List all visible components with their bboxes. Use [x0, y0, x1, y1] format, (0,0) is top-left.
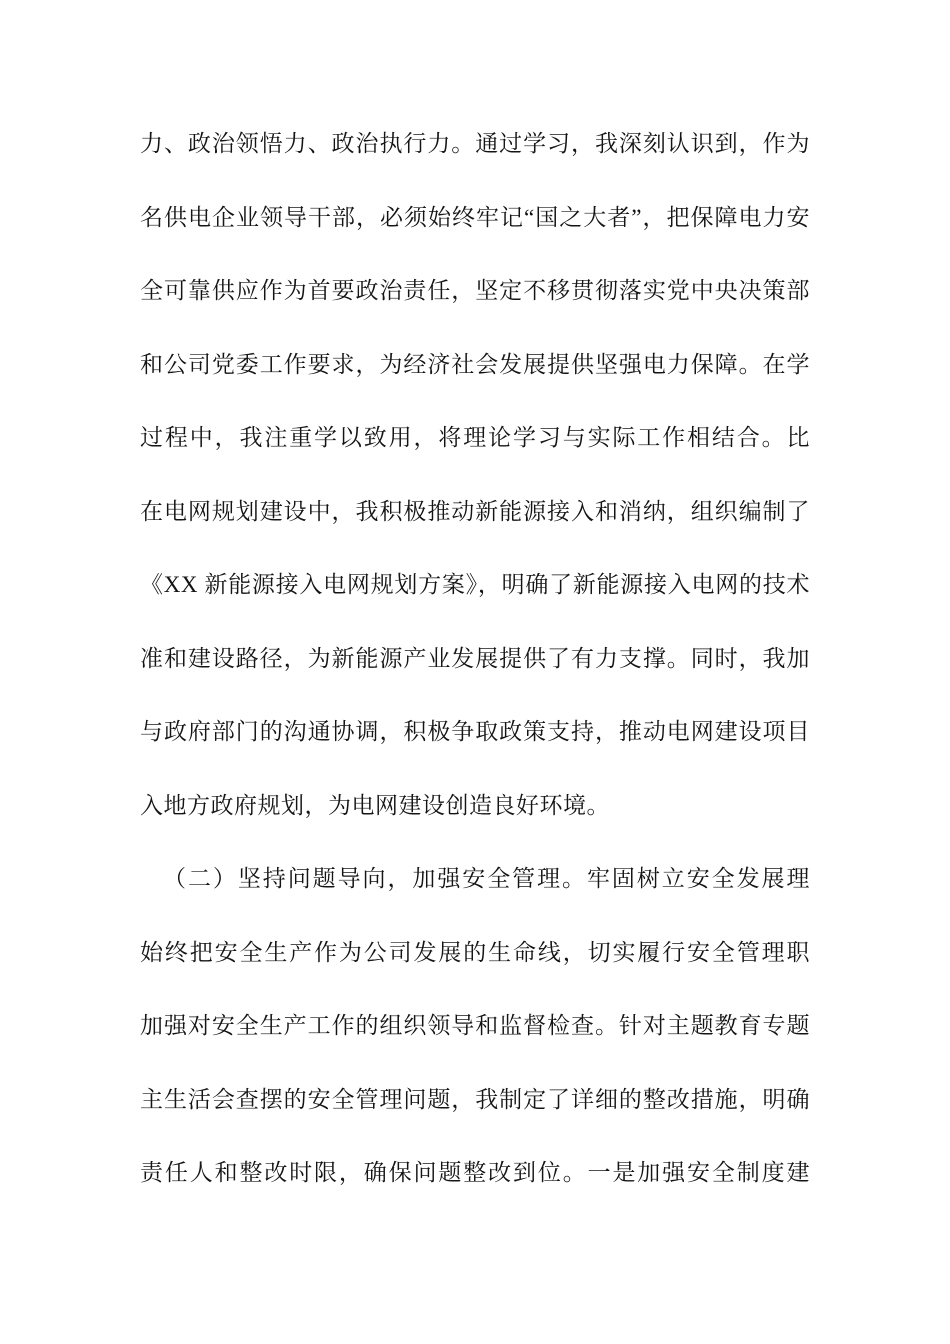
text-line: 全可靠供应作为首要政治责任，坚定不移贯彻落实党中央决策部署	[140, 254, 810, 328]
text-line: 加强对安全生产工作的组织领导和监督检查。针对主题教育专题民	[140, 989, 810, 1063]
text-line: 《XX 新能源接入电网规划方案》，明确了新能源接入电网的技术标	[140, 548, 810, 622]
text-line: 过程中，我注重学以致用，将理论学习与实际工作相结合。比如，	[140, 401, 810, 475]
text-line: 始终把安全生产作为公司发展的生命线，切实履行安全管理职责，	[140, 916, 810, 990]
text-line: 主生活会查摆的安全管理问题，我制定了详细的整改措施，明确了	[140, 1063, 810, 1137]
paragraph: （二）坚持问题导向，加强安全管理。牢固树立安全发展理念，始终把安全生产作为公司发…	[140, 842, 810, 1210]
text-line: 准和建设路径，为新能源产业发展提供了有力支撑。同时，我加强	[140, 622, 810, 696]
document-page: 力、政治领悟力、政治执行力。通过学习，我深刻认识到，作为一名供电企业领导干部，必…	[0, 0, 950, 1344]
text-line: 力、政治领悟力、政治执行力。通过学习，我深刻认识到，作为一	[140, 107, 810, 181]
text-line: 入地方政府规划，为电网建设创造良好环境。	[140, 769, 810, 843]
text-line: 在电网规划建设中，我积极推动新能源接入和消纳，组织编制了	[140, 475, 810, 549]
paragraph: 力、政治领悟力、政治执行力。通过学习，我深刻认识到，作为一名供电企业领导干部，必…	[140, 107, 810, 842]
text-line: 名供电企业领导干部，必须始终牢记“国之大者”，把保障电力安	[140, 181, 810, 255]
text-line: 与政府部门的沟通协调，积极争取政策支持，推动电网建设项目纳	[140, 695, 810, 769]
text-line: 和公司党委工作要求，为经济社会发展提供坚强电力保障。在学习	[140, 328, 810, 402]
text-line: 责任人和整改时限，确保问题整改到位。一是加强安全制度建设。	[140, 1136, 810, 1210]
document-body: 力、政治领悟力、政治执行力。通过学习，我深刻认识到，作为一名供电企业领导干部，必…	[140, 107, 810, 1210]
text-line: （二）坚持问题导向，加强安全管理。牢固树立安全发展理念，	[140, 842, 810, 916]
